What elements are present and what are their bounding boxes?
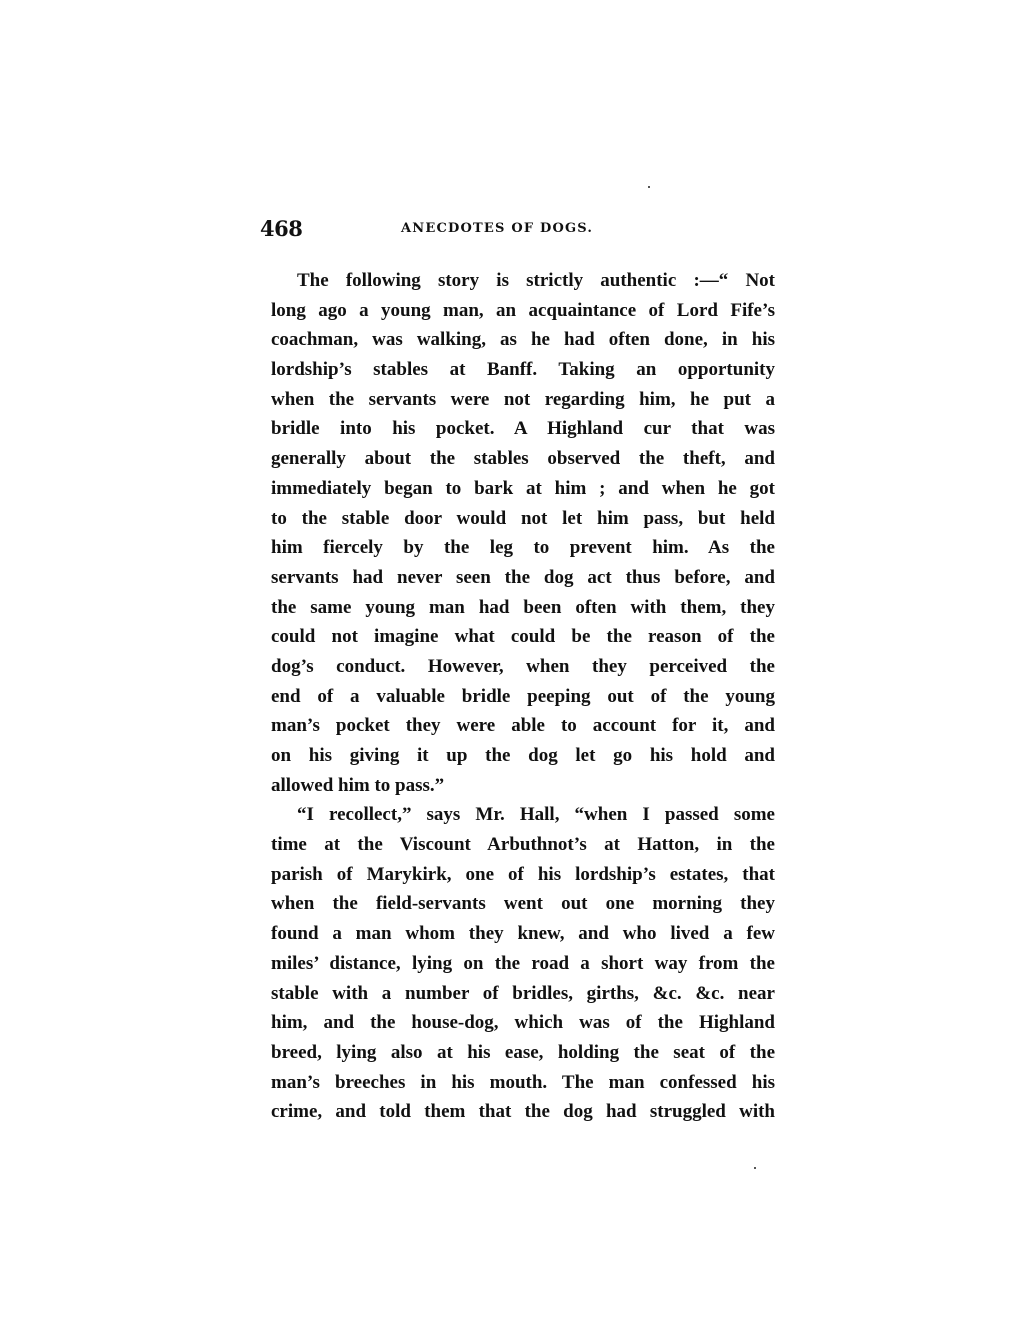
text-line: to the stable door would not let him pas… [271,504,775,534]
text-line: lordship’s stables at Banff. Taking an o… [271,355,775,385]
text-line: breed, lying also at his ease, holding t… [271,1038,775,1068]
text-line: miles’ distance, lying on the road a sho… [271,949,775,979]
text-line: man’s pocket they were able to account f… [271,711,775,741]
text-line: “I recollect,” says Mr. Hall, “when I pa… [271,800,775,830]
text-line: parish of Marykirk, one of his lordship’… [271,860,775,890]
paragraph-2: “I recollect,” says Mr. Hall, “when I pa… [271,800,775,1127]
text-line: time at the Viscount Arbuthnot’s at Hatt… [271,830,775,860]
text-line: long ago a young man, an acquaintance of… [271,296,775,326]
text-line: immediately began to bark at him ; and w… [271,474,775,504]
text-line: dog’s conduct. However, when they percei… [271,652,775,682]
scan-speck [648,186,650,188]
text-line: him fiercely by the leg to prevent him. … [271,533,775,563]
page-number: 468 [260,216,302,241]
paragraph-1: The following story is strictly authenti… [271,266,775,800]
running-title: ANECDOTES OF DOGS. [401,221,593,236]
text-line: servants had never seen the dog act thus… [271,563,775,593]
running-head: 468 ANECDOTES OF DOGS. [260,216,780,244]
book-page: 468 ANECDOTES OF DOGS. The following sto… [0,0,1033,1339]
text-line: could not imagine what could be the reas… [271,622,775,652]
scan-speck [754,1167,756,1169]
text-line: bridle into his pocket. A Highland cur t… [271,414,775,444]
text-line: generally about the stables observed the… [271,444,775,474]
text-line: him, and the house-dog, which was of the… [271,1008,775,1038]
text-line: allowed him to pass.” [271,771,775,801]
text-line: the same young man had been often with t… [271,593,775,623]
text-line: when the field-servants went out one mor… [271,889,775,919]
body-text: The following story is strictly authenti… [271,266,775,1127]
text-line: The following story is strictly authenti… [271,266,775,296]
text-line: found a man whom they knew, and who live… [271,919,775,949]
text-line: man’s breeches in his mouth. The man con… [271,1068,775,1098]
text-line: crime, and told them that the dog had st… [271,1097,775,1127]
text-line: when the servants were not regarding him… [271,385,775,415]
text-line: stable with a number of bridles, girths,… [271,979,775,1009]
text-line: end of a valuable bridle peeping out of … [271,682,775,712]
text-line: coachman, was walking, as he had often d… [271,325,775,355]
text-line: on his giving it up the dog let go his h… [271,741,775,771]
